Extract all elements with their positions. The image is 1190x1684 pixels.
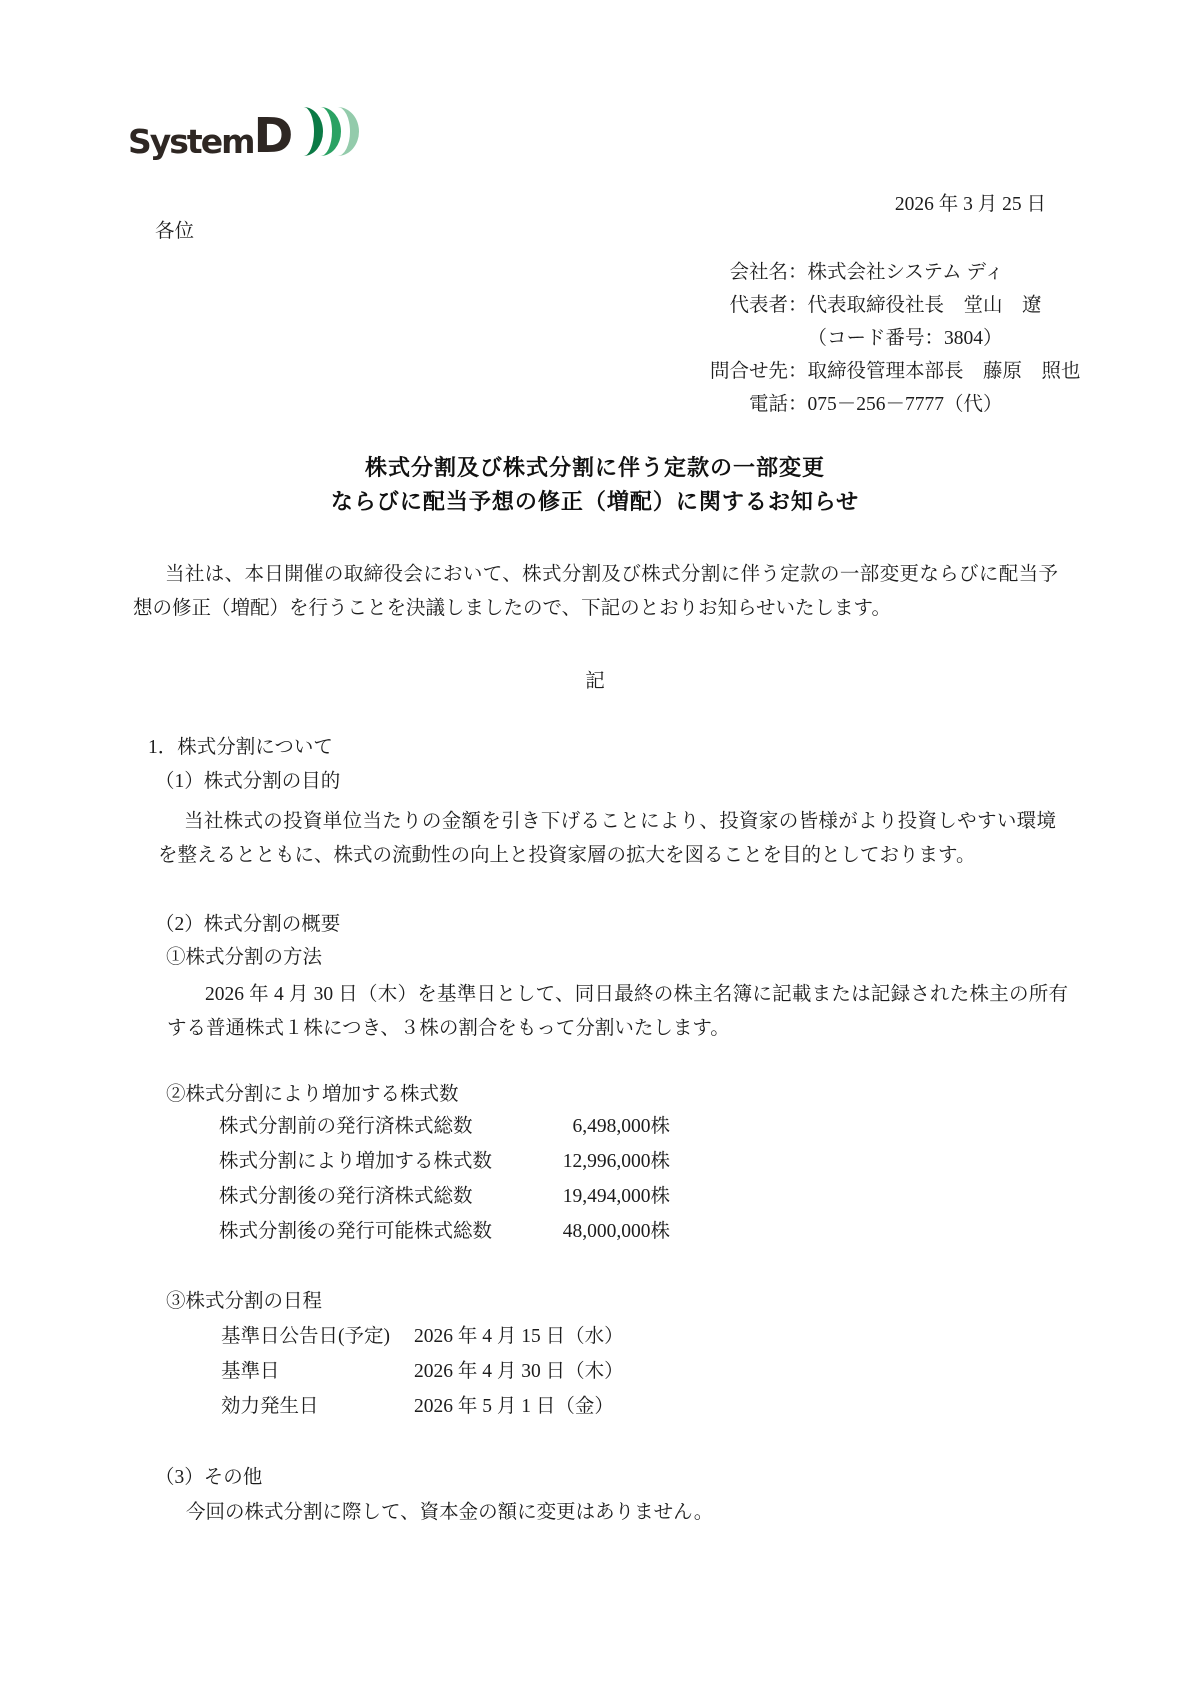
shares-row-label: 株式分割前の発行済株式総数: [219, 1109, 504, 1144]
record-mark: 記: [0, 665, 1190, 699]
schedule-heading: ③株式分割の日程: [166, 1285, 322, 1319]
purpose-heading: （1）株式分割の目的: [155, 765, 340, 799]
section1-heading: 1．株式分割について: [148, 731, 333, 765]
stock-code-label: [708, 322, 788, 355]
colon: ：: [788, 256, 808, 289]
swoosh-light-green: [316, 107, 359, 156]
schedule-row-label: 基準日公告日(予定): [221, 1319, 414, 1354]
company-name-value: 株式会社システム ディ: [808, 256, 1004, 289]
shares-row-label: 株式分割により増加する株式数: [219, 1144, 504, 1179]
purpose-body: 当社株式の投資単位当たりの金額を引き下げることにより、投資家の皆様がより投資しや…: [158, 805, 1056, 873]
table-row: 株式分割により増加する株式数12,996,000株: [219, 1144, 670, 1179]
method-body: 2026 年 4 月 30 日（木）を基準日として、同日最終の株主名簿に記載また…: [167, 978, 1068, 1046]
systemd-logo: SystemD: [128, 104, 358, 158]
phone-label: 電話: [708, 388, 788, 421]
method-heading: ①株式分割の方法: [166, 941, 322, 975]
schedule-row-value: 2026 年 4 月 15 日（水）: [414, 1319, 624, 1354]
recipient: 各位: [155, 215, 194, 249]
schedule-row-label: 基準日: [221, 1354, 414, 1389]
company-name-label: 会社名: [708, 256, 788, 289]
document-title: 株式分割及び株式分割に伴う定款の一部変更 ならびに配当予想の修正（増配）に関する…: [0, 451, 1190, 519]
schedule-row-label: 効力発生日: [221, 1389, 414, 1424]
other-heading: （3）その他: [155, 1461, 262, 1495]
intro-paragraph: 当社は、本日開催の取締役会において、株式分割及び株式分割に伴う定款の一部変更なら…: [133, 558, 1058, 626]
schedule-row-value: 2026 年 5 月 1 日（金）: [414, 1389, 614, 1424]
shares-table: 株式分割前の発行済株式総数6,498,000株 株式分割により増加する株式数12…: [219, 1109, 670, 1249]
phone-value: 075－256－7777（代）: [808, 388, 1003, 421]
colon: ：: [788, 289, 808, 322]
shares-row-label: 株式分割後の発行可能株式総数: [219, 1214, 504, 1249]
shares-heading: ②株式分割により増加する株式数: [166, 1078, 459, 1112]
colon: ：: [788, 355, 808, 388]
shares-row-value: 19,494,000株: [504, 1179, 670, 1214]
title-line-2: ならびに配当予想の修正（増配）に関するお知らせ: [0, 485, 1190, 519]
logo-swoosh-icon: [286, 106, 358, 158]
table-row: 効力発生日2026 年 5 月 1 日（金）: [221, 1389, 624, 1424]
contact-line: 問合せ先：取締役管理本部長 藤原 照也: [708, 355, 1081, 388]
overview-heading: （2）株式分割の概要: [155, 908, 340, 942]
company-name-line: 会社名：株式会社システム ディ: [708, 256, 1081, 289]
representative-line: 代表者：代表取締役社長 堂山 遼: [708, 289, 1081, 322]
shares-row-value: 48,000,000株: [504, 1214, 670, 1249]
colon: ：: [788, 388, 808, 421]
table-row: 株式分割後の発行可能株式総数48,000,000株: [219, 1214, 670, 1249]
table-row: 基準日公告日(予定)2026 年 4 月 15 日（水）: [221, 1319, 624, 1354]
logo-text: System: [128, 125, 253, 158]
table-row: 株式分割後の発行済株式総数19,494,000株: [219, 1179, 670, 1214]
schedule-row-value: 2026 年 4 月 30 日（木）: [414, 1354, 624, 1389]
title-line-1: 株式分割及び株式分割に伴う定款の一部変更: [0, 451, 1190, 485]
representative-value: 代表取締役社長 堂山 遼: [808, 289, 1042, 322]
schedule-table: 基準日公告日(予定)2026 年 4 月 15 日（水） 基準日2026 年 4…: [221, 1319, 624, 1424]
representative-label: 代表者: [708, 289, 788, 322]
stock-code-value: （コード番号：3804）: [808, 322, 1003, 355]
stock-code-line: ：（コード番号：3804）: [708, 322, 1081, 355]
phone-line: 電話：075－256－7777（代）: [708, 388, 1081, 421]
shares-row-value: 12,996,000株: [504, 1144, 670, 1179]
shares-row-value: 6,498,000株: [504, 1109, 670, 1144]
table-row: 株式分割前の発行済株式総数6,498,000株: [219, 1109, 670, 1144]
other-body: 今回の株式分割に際して、資本金の額に変更はありません。: [186, 1496, 1066, 1530]
company-info-block: 会社名：株式会社システム ディ 代表者：代表取締役社長 堂山 遼 ：（コード番号…: [708, 256, 1081, 421]
press-release-page: SystemD 2026 年 3 月 25 日 各位 会社名：株式会社システム …: [0, 0, 1190, 1684]
contact-value: 取締役管理本部長 藤原 照也: [808, 355, 1081, 388]
table-row: 基準日2026 年 4 月 30 日（木）: [221, 1354, 624, 1389]
contact-label: 問合せ先: [708, 355, 788, 388]
shares-row-label: 株式分割後の発行済株式総数: [219, 1179, 504, 1214]
